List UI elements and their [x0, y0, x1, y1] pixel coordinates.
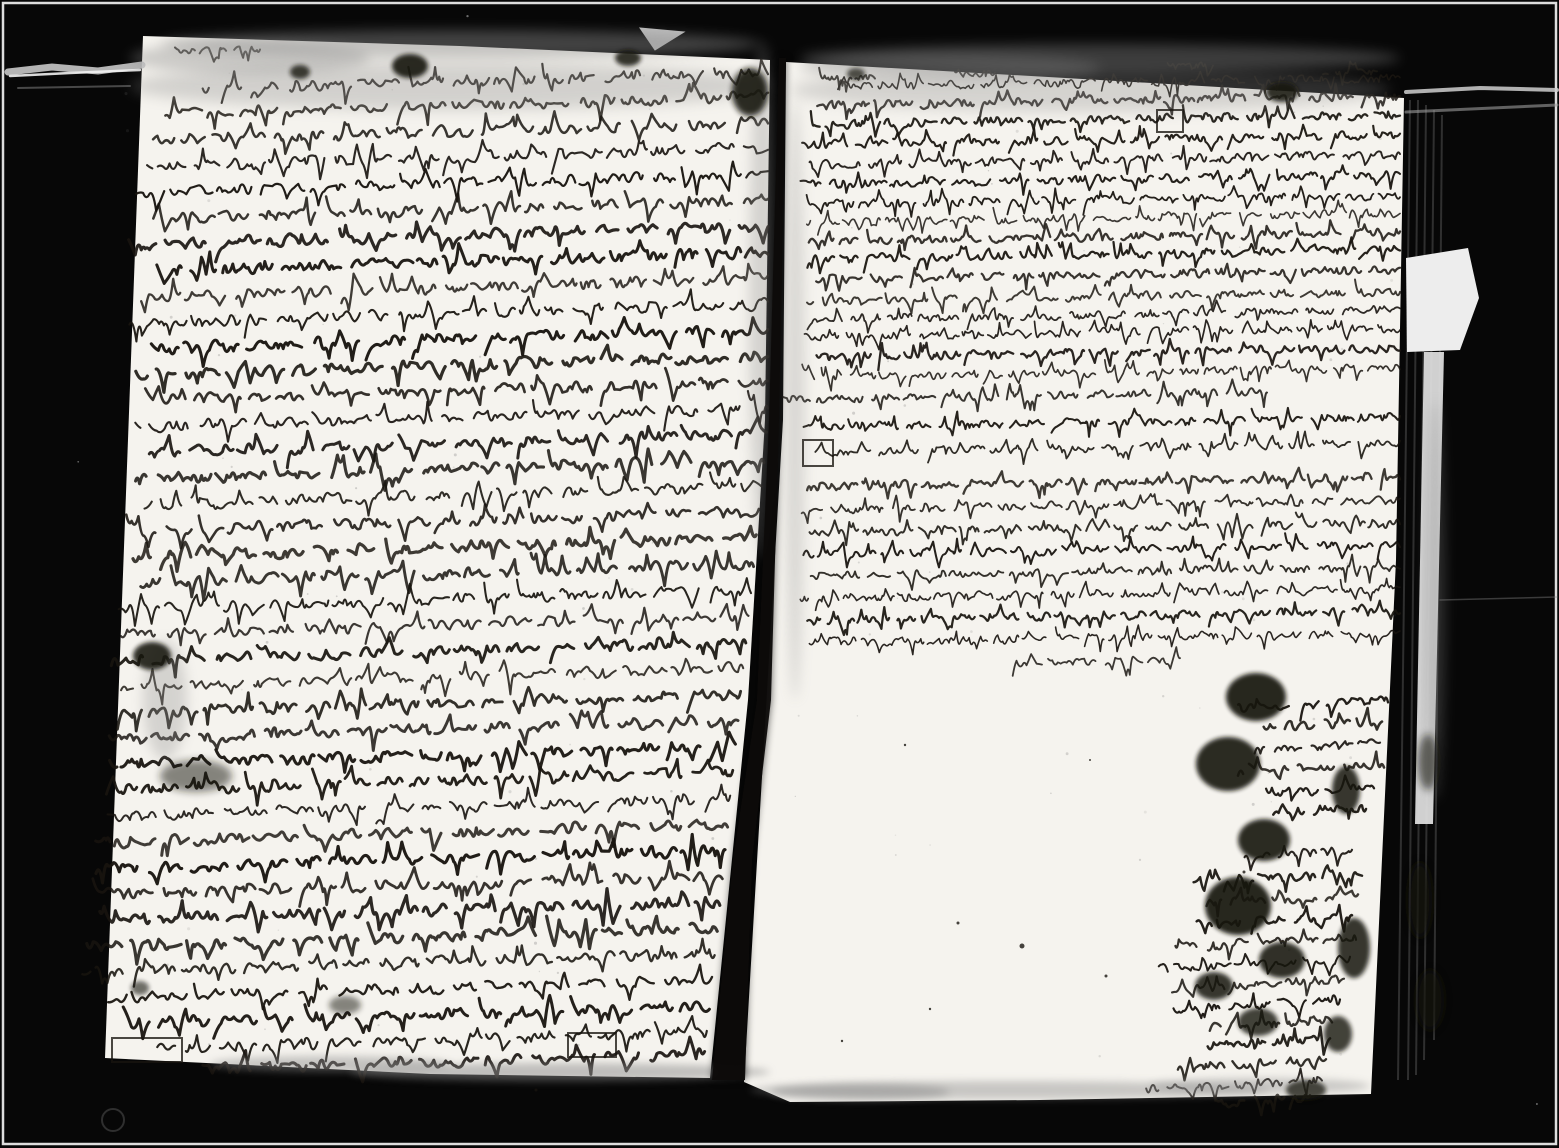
paper-speck: [278, 929, 280, 931]
ink-speck: [1089, 759, 1091, 761]
paper-speck: [895, 835, 896, 836]
ink-stain: [1259, 942, 1305, 978]
paper-speck: [991, 183, 993, 185]
paper-speck: [711, 837, 714, 840]
paper-speck: [207, 199, 210, 202]
ink-stain: [290, 65, 310, 79]
ink-stain: [131, 981, 149, 995]
paper-speck: [1271, 801, 1272, 802]
ink-stain: [615, 50, 641, 66]
paper-speck: [1239, 246, 1241, 248]
paper-speck: [1329, 358, 1332, 361]
paper-speck: [608, 577, 610, 579]
paper-speck: [307, 593, 309, 595]
paper-speck: [1162, 695, 1164, 697]
paper-speck: [904, 404, 907, 407]
paper-speck: [929, 844, 931, 846]
gray-smudge: [210, 1056, 450, 1072]
paper-speck: [649, 108, 651, 110]
paper-speck: [1199, 707, 1201, 709]
paper-speck: [234, 315, 236, 317]
manuscript-scan-canvas: [0, 0, 1559, 1148]
ink-stain: [1205, 877, 1271, 935]
paper-speck: [1349, 756, 1352, 759]
paper-speck: [1341, 348, 1343, 350]
paper-speck: [1339, 1053, 1342, 1056]
paper-speck: [264, 1028, 266, 1030]
gray-smudge: [770, 1084, 950, 1100]
ink-stain: [160, 760, 232, 792]
paper-speck: [1016, 130, 1019, 133]
paper-speck: [1268, 772, 1270, 774]
ink-stain: [1238, 1008, 1278, 1036]
ink-speck: [1243, 871, 1246, 874]
paper-speck: [1390, 279, 1393, 282]
paper-speck: [170, 316, 173, 319]
paper-speck: [231, 466, 233, 468]
gray-smudge: [160, 30, 760, 58]
paper-speck: [988, 170, 989, 171]
dust-speck: [466, 15, 468, 17]
paper-speck: [1252, 803, 1255, 806]
paper-speck: [476, 876, 478, 878]
paper-speck: [557, 972, 559, 974]
paper-speck: [534, 942, 537, 945]
ink-stain: [732, 68, 768, 116]
paper-speck: [124, 92, 127, 95]
paper-speck: [819, 517, 822, 520]
paper-speck: [1170, 152, 1172, 154]
paper-speck: [454, 453, 457, 456]
paper-speck: [1066, 752, 1069, 755]
paper-speck: [1050, 792, 1052, 794]
paper-speck: [539, 971, 540, 972]
paper-speck: [1294, 112, 1296, 114]
ink-stain: [392, 54, 428, 78]
ink-speck: [1020, 944, 1025, 949]
ink-stain: [1226, 673, 1286, 721]
ink-stain: [1195, 972, 1233, 1000]
ink-speck: [1105, 975, 1108, 978]
ink-stain: [1238, 819, 1290, 861]
paper-speck: [652, 542, 653, 543]
paper-speck: [1221, 591, 1224, 594]
paper-speck: [241, 689, 243, 691]
paper-speck: [222, 457, 224, 459]
paper-speck: [851, 227, 853, 229]
paper-speck: [887, 360, 889, 362]
ink-stain: [1332, 766, 1360, 814]
paper-speck: [187, 927, 190, 930]
paper-speck: [322, 324, 323, 325]
paper-speck: [1098, 1055, 1100, 1057]
paper-speck: [1313, 718, 1316, 721]
ink-stain: [1338, 918, 1370, 978]
gray-smudge: [785, 100, 805, 700]
paper-speck: [852, 412, 855, 415]
paper-speck: [1242, 597, 1245, 600]
ink-speck: [929, 1008, 931, 1010]
paper-speck: [895, 854, 897, 856]
paper-speck: [453, 466, 455, 468]
dust-speck: [77, 461, 79, 463]
paper-speck: [583, 678, 585, 680]
right-page: [744, 62, 1404, 1102]
paper-speck: [458, 959, 460, 961]
paper-speck: [126, 129, 129, 132]
paper-speck: [795, 796, 796, 797]
paper-speck: [858, 561, 860, 563]
paper-speck: [508, 790, 511, 793]
paper-speck: [569, 744, 571, 746]
ink-stain: [329, 996, 361, 1014]
ink-stain: [1266, 82, 1298, 102]
paper-speck: [1253, 619, 1256, 622]
paper-speck: [479, 356, 481, 358]
paper-speck: [1083, 250, 1084, 251]
paper-speck: [1139, 859, 1141, 861]
paper-speck: [857, 715, 858, 716]
paper-speck: [729, 220, 730, 221]
ink-stain: [1196, 737, 1260, 791]
ink-stain: [1418, 734, 1438, 790]
gray-smudge: [1150, 1078, 1370, 1094]
paper-speck: [1163, 323, 1164, 324]
ink-stain: [847, 68, 865, 80]
paper-speck: [1144, 811, 1147, 814]
paper-speck: [970, 630, 973, 633]
ink-speck: [535, 1089, 538, 1092]
ink-stain: [1408, 862, 1432, 938]
paper-speck: [1346, 562, 1348, 564]
paper-speck: [266, 641, 269, 644]
ink-speck: [841, 1040, 843, 1042]
ink-speck: [904, 744, 906, 746]
gray-smudge: [800, 44, 1400, 72]
paper-speck: [929, 571, 931, 573]
paper-speck: [1323, 105, 1324, 106]
ink-stain: [1324, 1016, 1352, 1052]
paper-speck: [377, 1024, 379, 1026]
paper-speck: [578, 1044, 580, 1046]
paper-speck: [869, 633, 871, 635]
paper-speck: [897, 598, 898, 599]
paper-speck: [218, 354, 220, 356]
paper-speck: [798, 715, 800, 717]
ink-stain: [1286, 1080, 1326, 1100]
dust-speck: [1536, 1103, 1538, 1105]
paper-speck: [631, 588, 634, 591]
ink-speck: [957, 922, 960, 925]
paper-speck: [355, 487, 357, 489]
paper-speck: [670, 790, 673, 793]
paper-speck: [369, 768, 372, 771]
ink-stain: [1416, 970, 1444, 1030]
manuscript-photo: [0, 0, 1559, 1148]
ink-stain: [133, 642, 171, 670]
paper-speck: [582, 607, 585, 610]
paper-speck: [336, 595, 338, 597]
